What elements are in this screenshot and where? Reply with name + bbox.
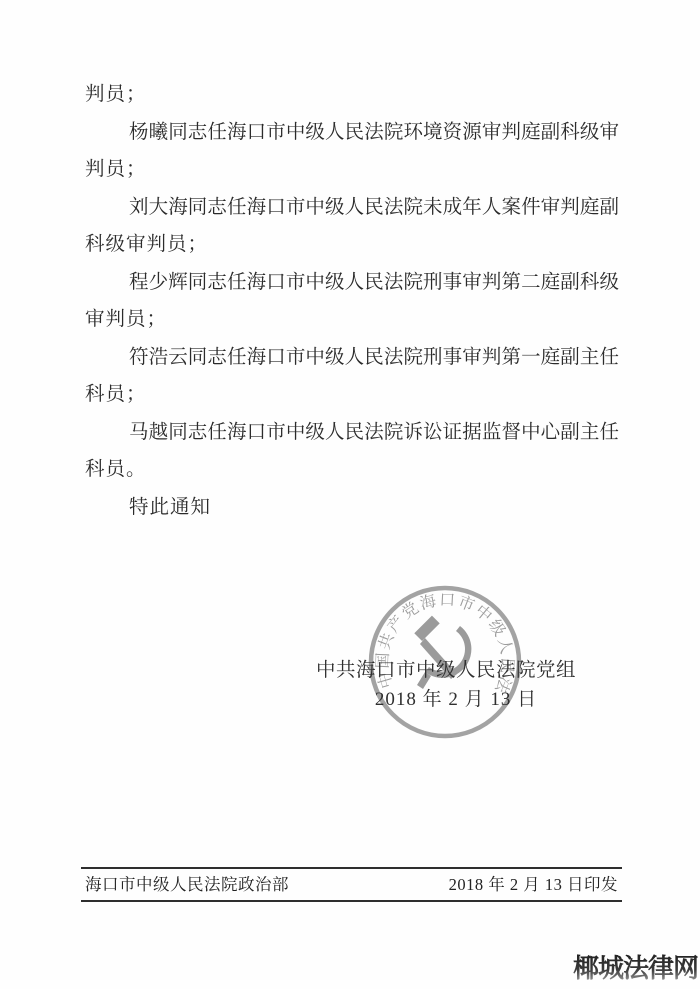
closing-notice-line: 特此通知 <box>85 489 619 527</box>
body-text: 判员； 杨曦同志任海口市中级人民法院环境资源审判庭副科级审 判员； 刘大海同志任… <box>85 76 619 526</box>
body-line: 审判员； <box>85 301 619 339</box>
body-line: 杨曦同志任海口市中级人民法院环境资源审判庭副科级审 <box>85 114 619 152</box>
site-watermark: 椰城法律网 <box>573 951 698 985</box>
signature-date: 2018 年 2 月 13 日 <box>375 687 537 713</box>
document-page: 判员； 杨曦同志任海口市中级人民法院环境资源审判庭副科级审 判员； 刘大海同志任… <box>0 0 700 989</box>
body-line: 判员； <box>85 151 619 189</box>
body-line: 刘大海同志任海口市中级人民法院未成年人案件审判庭副 <box>85 189 619 227</box>
footer-print-date: 2018 年 2 月 13 日印发 <box>449 875 618 895</box>
signature-org: 中共海口市中级人民法院党组 <box>316 658 576 684</box>
body-line: 科级审判员； <box>85 226 619 264</box>
body-line: 程少辉同志任海口市中级人民法院刑事审判第二庭副科级 <box>85 264 619 302</box>
body-line: 判员； <box>85 76 619 114</box>
footer-divider-top <box>81 867 622 869</box>
body-line: 马越同志任海口市中级人民法院诉讼证据监督中心副主任 <box>85 414 619 452</box>
footer-divider-bottom <box>81 900 622 902</box>
body-line: 科员； <box>85 376 619 414</box>
body-line: 科员。 <box>85 451 619 489</box>
footer-issuer: 海口市中级人民法院政治部 <box>85 875 289 895</box>
body-line: 符浩云同志任海口市中级人民法院刑事审判第一庭副主任 <box>85 339 619 377</box>
